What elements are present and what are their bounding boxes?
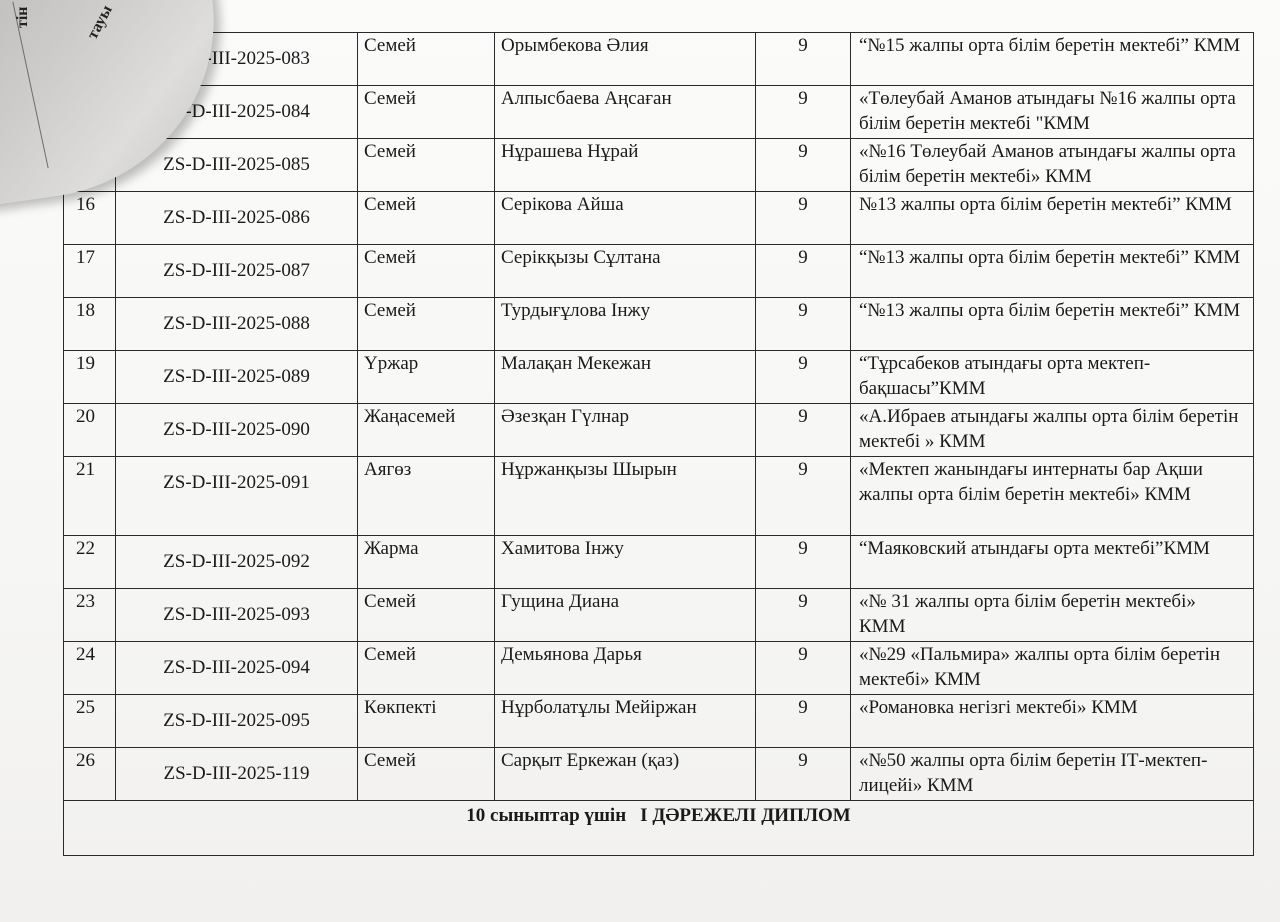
grade: 9 xyxy=(798,247,808,268)
school-name: «№16 Төлеубай Аманов атындағы жалпы орта… xyxy=(859,141,1236,187)
city-cell: Семей xyxy=(358,642,495,695)
student-name-cell: Нұржанқызы Шырын xyxy=(495,457,756,536)
city-cell: Семей xyxy=(358,748,495,801)
school-name-cell: “Маяковский атындағы орта мектебі”КММ xyxy=(851,536,1254,589)
row-number-cell: 25 xyxy=(64,695,116,748)
table-row: 19ZS-D-III-2025-089ҮржарМалақан Мекежан9… xyxy=(64,351,1254,404)
row-number-cell: 16 xyxy=(64,192,116,245)
school-name: “№13 жалпы орта білім беретін мектебі” К… xyxy=(859,247,1240,268)
city-cell: Көкпекті xyxy=(358,695,495,748)
diploma-code-cell: ZS-D-III-2025-093 xyxy=(116,589,358,642)
city: Семей xyxy=(364,35,416,56)
row-number-cell: 20 xyxy=(64,404,116,457)
diploma-code: ZS-D-III-2025-092 xyxy=(122,536,351,574)
diploma-code-cell: ZS-D-III-2025-119 xyxy=(116,748,358,801)
city-cell: Семей xyxy=(358,245,495,298)
city: Жаңасемей xyxy=(364,406,455,427)
city-cell: Семей xyxy=(358,298,495,351)
diploma-code: ZS-D-III-2025-086 xyxy=(122,192,351,230)
student-name-cell: Әзезқан Гүлнар xyxy=(495,404,756,457)
diploma-code-cell: ZS-D-III-2025-094 xyxy=(116,642,358,695)
city-cell: Семей xyxy=(358,86,495,139)
grade: 9 xyxy=(798,300,808,321)
grade-cell: 9 xyxy=(756,139,851,192)
student-name-cell: Гущина Диана xyxy=(495,589,756,642)
grade: 9 xyxy=(798,459,808,480)
row-number: 16 xyxy=(76,194,95,215)
grade: 9 xyxy=(798,194,808,215)
row-number: 24 xyxy=(76,644,95,665)
grade-cell: 9 xyxy=(756,192,851,245)
city-cell: Семей xyxy=(358,33,495,86)
table-row: 14ZS-D-III-2025-084СемейАлпысбаева Аңсағ… xyxy=(64,86,1254,139)
school-name-cell: №13 жалпы орта білім беретін мектебі” КМ… xyxy=(851,192,1254,245)
school-name: «А.Ибраев атындағы жалпы орта білім бере… xyxy=(859,406,1238,452)
student-name: Демьянова Дарья xyxy=(501,644,642,665)
participants-table: 13ZS-D-III-2025-083СемейОрымбекова Әлия9… xyxy=(63,32,1254,856)
student-name-cell: Демьянова Дарья xyxy=(495,642,756,695)
school-name: «№ 31 жалпы орта білім беретін мектебі» … xyxy=(859,591,1196,637)
diploma-code: ZS-D-III-2025-089 xyxy=(122,351,351,389)
school-name: “Тұрсабеков атындағы орта мектеп-бақшасы… xyxy=(859,353,1150,399)
row-number-cell: 21 xyxy=(64,457,116,536)
city: Аягөз xyxy=(364,459,411,480)
student-name: Нұрболатұлы Мейіржан xyxy=(501,697,697,718)
section-header-row: 10 сыныптар үшінІ ДӘРЕЖЕЛІ ДИПЛОМ xyxy=(64,801,1254,856)
student-name-cell: Нұрашева Нұрай xyxy=(495,139,756,192)
table-row: 24ZS-D-III-2025-094СемейДемьянова Дарья9… xyxy=(64,642,1254,695)
row-number-cell: 19 xyxy=(64,351,116,404)
school-name-cell: «Мектеп жанындағы интернаты бар Ақши жал… xyxy=(851,457,1254,536)
grade: 9 xyxy=(798,406,808,427)
table-body: 13ZS-D-III-2025-083СемейОрымбекова Әлия9… xyxy=(64,33,1254,801)
diploma-code-cell: ZS-D-III-2025-089 xyxy=(116,351,358,404)
school-name-cell: «А.Ибраев атындағы жалпы орта білім бере… xyxy=(851,404,1254,457)
diploma-code-cell: ZS-D-III-2025-090 xyxy=(116,404,358,457)
grade-cell: 9 xyxy=(756,695,851,748)
row-number: 17 xyxy=(76,247,95,268)
diploma-code-cell: ZS-D-III-2025-088 xyxy=(116,298,358,351)
diploma-code: ZS-D-III-2025-093 xyxy=(122,589,351,627)
table-row: 16ZS-D-III-2025-086СемейСерікова Айша9№1… xyxy=(64,192,1254,245)
table-row: 13ZS-D-III-2025-083СемейОрымбекова Әлия9… xyxy=(64,33,1254,86)
school-name: «№50 жалпы орта білім беретін ІТ-мектеп-… xyxy=(859,750,1207,796)
student-name: Орымбекова Әлия xyxy=(501,35,649,56)
city: Семей xyxy=(364,247,416,268)
city-cell: Семей xyxy=(358,139,495,192)
grade: 9 xyxy=(798,88,808,109)
row-number: 19 xyxy=(76,353,95,374)
diploma-code: ZS-D-III-2025-091 xyxy=(122,457,351,495)
diploma-code-cell: ZS-D-III-2025-091 xyxy=(116,457,358,536)
school-name-cell: «Романовка негізгі мектебі» КММ xyxy=(851,695,1254,748)
student-name-cell: Хамитова Інжу xyxy=(495,536,756,589)
city-cell: Жарма xyxy=(358,536,495,589)
school-name: «Романовка негізгі мектебі» КММ xyxy=(859,697,1138,718)
grade: 9 xyxy=(798,353,808,374)
school-name: «Мектеп жанындағы интернаты бар Ақши жал… xyxy=(859,459,1203,505)
grade-cell: 9 xyxy=(756,404,851,457)
city: Семей xyxy=(364,644,416,665)
city-cell: Аягөз xyxy=(358,457,495,536)
student-name: Серікқызы Сұлтана xyxy=(501,247,661,268)
student-name-cell: Сарқыт Еркежан (қаз) xyxy=(495,748,756,801)
diploma-code: ZS-D-III-2025-094 xyxy=(122,642,351,680)
grade-cell: 9 xyxy=(756,642,851,695)
grade: 9 xyxy=(798,697,808,718)
city: Семей xyxy=(364,141,416,162)
grade-cell: 9 xyxy=(756,298,851,351)
diploma-code: ZS-D-III-2025-088 xyxy=(122,298,351,336)
section-header-cell: 10 сыныптар үшінІ ДӘРЕЖЕЛІ ДИПЛОМ xyxy=(64,801,1254,856)
city: Семей xyxy=(364,88,416,109)
row-number: 25 xyxy=(76,697,95,718)
table-row: 20ZS-D-III-2025-090ЖаңасемейӘзезқан Гүлн… xyxy=(64,404,1254,457)
diploma-code-cell: ZS-D-III-2025-095 xyxy=(116,695,358,748)
city: Үржар xyxy=(364,353,418,374)
table-row: 25ZS-D-III-2025-095КөкпектіНұрболатұлы М… xyxy=(64,695,1254,748)
school-name-cell: «Төлеубай Аманов атындағы №16 жалпы орта… xyxy=(851,86,1254,139)
city: Семей xyxy=(364,300,416,321)
student-name: Нұржанқызы Шырын xyxy=(501,459,677,480)
city: Семей xyxy=(364,591,416,612)
student-name-cell: Нұрболатұлы Мейіржан xyxy=(495,695,756,748)
grade-cell: 9 xyxy=(756,536,851,589)
section-class-label: 10 сыныптар үшін xyxy=(466,805,626,826)
diploma-code-cell: ZS-D-III-2025-087 xyxy=(116,245,358,298)
section-diploma-label: І ДӘРЕЖЕЛІ ДИПЛОМ xyxy=(640,805,851,826)
school-name: “№15 жалпы орта білім беретін мектебі” К… xyxy=(859,35,1240,56)
student-name-cell: Серікова Айша xyxy=(495,192,756,245)
school-name-cell: «№ 31 жалпы орта білім беретін мектебі» … xyxy=(851,589,1254,642)
student-name-cell: Турдығұлова Інжу xyxy=(495,298,756,351)
student-name-cell: Алпысбаева Аңсаған xyxy=(495,86,756,139)
school-name: «Төлеубай Аманов атындағы №16 жалпы орта… xyxy=(859,88,1236,134)
grade: 9 xyxy=(798,538,808,559)
row-number-cell: 26 xyxy=(64,748,116,801)
student-name: Серікова Айша xyxy=(501,194,624,215)
table-row: 17ZS-D-III-2025-087СемейСерікқызы Сұлтан… xyxy=(64,245,1254,298)
student-name-cell: Орымбекова Әлия xyxy=(495,33,756,86)
row-number: 26 xyxy=(76,750,95,771)
row-number: 21 xyxy=(76,459,95,480)
grade-cell: 9 xyxy=(756,748,851,801)
grade: 9 xyxy=(798,591,808,612)
city-cell: Жаңасемей xyxy=(358,404,495,457)
student-name: Малақан Мекежан xyxy=(501,353,651,374)
city-cell: Семей xyxy=(358,589,495,642)
city-cell: Семей xyxy=(358,192,495,245)
school-name-cell: «№50 жалпы орта білім беретін ІТ-мектеп-… xyxy=(851,748,1254,801)
student-name: Гущина Диана xyxy=(501,591,619,612)
row-number-cell: 23 xyxy=(64,589,116,642)
school-name-cell: «№16 Төлеубай Аманов атындағы жалпы орта… xyxy=(851,139,1254,192)
diploma-code: ZS-D-III-2025-095 xyxy=(122,695,351,733)
school-name-cell: “№13 жалпы орта білім беретін мектебі” К… xyxy=(851,245,1254,298)
student-name: Әзезқан Гүлнар xyxy=(501,406,629,427)
row-number: 23 xyxy=(76,591,95,612)
table-row: 18ZS-D-III-2025-088СемейТурдығұлова Інжу… xyxy=(64,298,1254,351)
grade: 9 xyxy=(798,141,808,162)
city: Жарма xyxy=(364,538,419,559)
grade-cell: 9 xyxy=(756,245,851,298)
row-number-cell: 17 xyxy=(64,245,116,298)
diploma-code: ZS-D-III-2025-087 xyxy=(122,245,351,283)
grade-cell: 9 xyxy=(756,457,851,536)
corner-fragment-left: тін xyxy=(14,6,32,28)
student-name: Сарқыт Еркежан (қаз) xyxy=(501,750,679,771)
diploma-code-cell: ZS-D-III-2025-092 xyxy=(116,536,358,589)
row-number-cell: 22 xyxy=(64,536,116,589)
table-row: 21ZS-D-III-2025-091АягөзНұржанқызы Шырын… xyxy=(64,457,1254,536)
student-name-cell: Малақан Мекежан xyxy=(495,351,756,404)
school-name: “Маяковский атындағы орта мектебі”КММ xyxy=(859,538,1210,559)
diploma-code-cell: ZS-D-III-2025-086 xyxy=(116,192,358,245)
school-name: “№13 жалпы орта білім беретін мектебі” К… xyxy=(859,300,1240,321)
row-number-cell: 18 xyxy=(64,298,116,351)
grade-cell: 9 xyxy=(756,33,851,86)
table-row: 15ZS-D-III-2025-085СемейНұрашева Нұрай9«… xyxy=(64,139,1254,192)
school-name: №13 жалпы орта білім беретін мектебі” КМ… xyxy=(859,194,1232,215)
school-name: «№29 «Пальмира» жалпы орта білім беретін… xyxy=(859,644,1220,690)
city: Семей xyxy=(364,194,416,215)
table-row: 23ZS-D-III-2025-093СемейГущина Диана9«№ … xyxy=(64,589,1254,642)
school-name-cell: “№13 жалпы орта білім беретін мектебі” К… xyxy=(851,298,1254,351)
student-name: Хамитова Інжу xyxy=(501,538,624,559)
city: Семей xyxy=(364,750,416,771)
school-name-cell: «№29 «Пальмира» жалпы орта білім беретін… xyxy=(851,642,1254,695)
school-name-cell: “Тұрсабеков атындағы орта мектеп-бақшасы… xyxy=(851,351,1254,404)
table-row: 22ZS-D-III-2025-092ЖармаХамитова Інжу9“М… xyxy=(64,536,1254,589)
grade: 9 xyxy=(798,644,808,665)
city-cell: Үржар xyxy=(358,351,495,404)
row-number-cell: 24 xyxy=(64,642,116,695)
student-name: Нұрашева Нұрай xyxy=(501,141,638,162)
school-name-cell: “№15 жалпы орта білім беретін мектебі” К… xyxy=(851,33,1254,86)
grade-cell: 9 xyxy=(756,589,851,642)
row-number: 22 xyxy=(76,538,95,559)
table-row: 26ZS-D-III-2025-119СемейСарқыт Еркежан (… xyxy=(64,748,1254,801)
grade-cell: 9 xyxy=(756,86,851,139)
diploma-code: ZS-D-III-2025-119 xyxy=(122,748,351,786)
student-name-cell: Серікқызы Сұлтана xyxy=(495,245,756,298)
row-number: 20 xyxy=(76,406,95,427)
row-number: 18 xyxy=(76,300,95,321)
diploma-code: ZS-D-III-2025-090 xyxy=(122,404,351,442)
city: Көкпекті xyxy=(364,697,437,718)
student-name: Алпысбаева Аңсаған xyxy=(501,88,672,109)
grade: 9 xyxy=(798,750,808,771)
grade-cell: 9 xyxy=(756,351,851,404)
grade: 9 xyxy=(798,35,808,56)
student-name: Турдығұлова Інжу xyxy=(501,300,650,321)
